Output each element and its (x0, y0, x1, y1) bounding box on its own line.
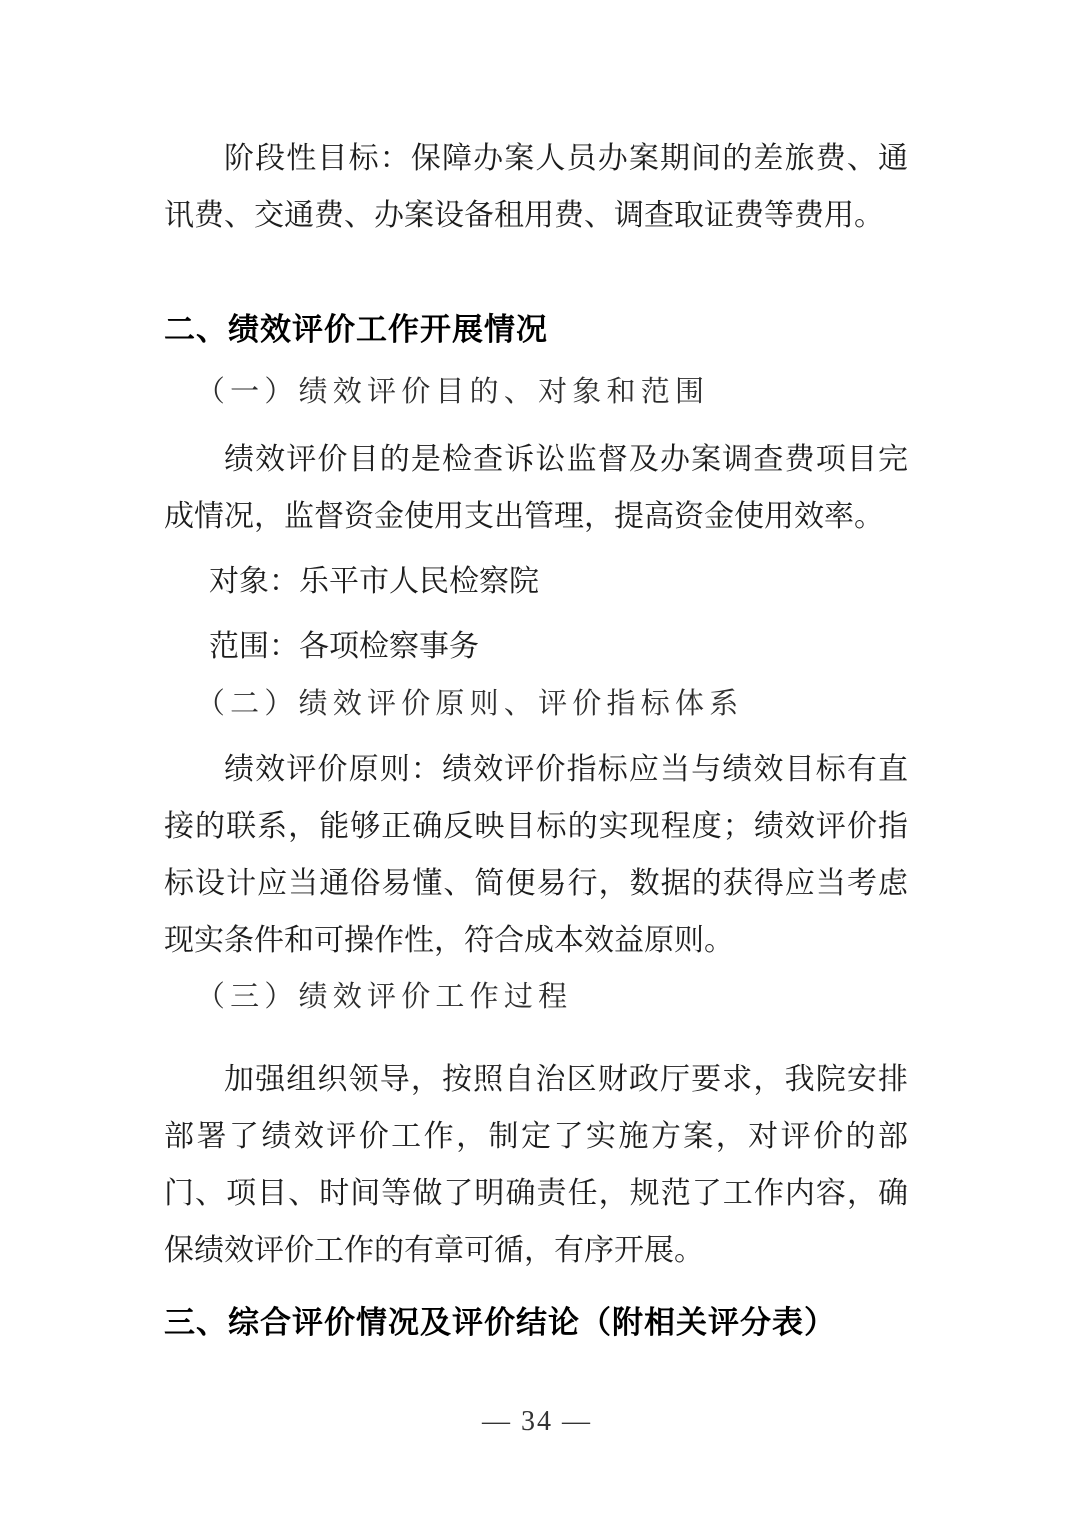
paragraph-evaluation-purpose: 绩效评价目的是检查诉讼监督及办案调查费项目完成情况，监督资金使用支出管理，提高资… (164, 431, 908, 545)
paragraph-stage-goal: 阶段性目标：保障办案人员办案期间的差旅费、通讯费、交通费、办案设备租用费、调查取… (164, 130, 908, 244)
page-number: — 34 — (0, 1402, 1074, 1442)
field-line-scope: 范围：各项检察事务 (164, 618, 908, 675)
paragraph-work-process: 加强组织领导，按照自治区财政厅要求，我院安排部署了绩效评价工作，制定了实施方案，… (164, 1051, 908, 1279)
document-page: 阶段性目标：保障办案人员办案期间的差旅费、通讯费、交通费、办案设备租用费、调查取… (0, 0, 1074, 1520)
subsection-heading-3: （三）绩效评价工作过程 (164, 969, 908, 1026)
section-heading-3: 三、综合评价情况及评价结论（附相关评分表） (164, 1294, 908, 1351)
paragraph-evaluation-principles: 绩效评价原则：绩效评价指标应当与绩效目标有直接的联系，能够正确反映目标的实现程度… (164, 741, 908, 969)
section-heading-2: 二、绩效评价工作开展情况 (164, 301, 908, 358)
field-line-object: 对象：乐平市人民检察院 (164, 553, 908, 610)
subsection-heading-2: （二）绩效评价原则、评价指标体系 (164, 676, 908, 733)
subsection-heading-1: （一）绩效评价目的、对象和范围 (164, 364, 908, 421)
